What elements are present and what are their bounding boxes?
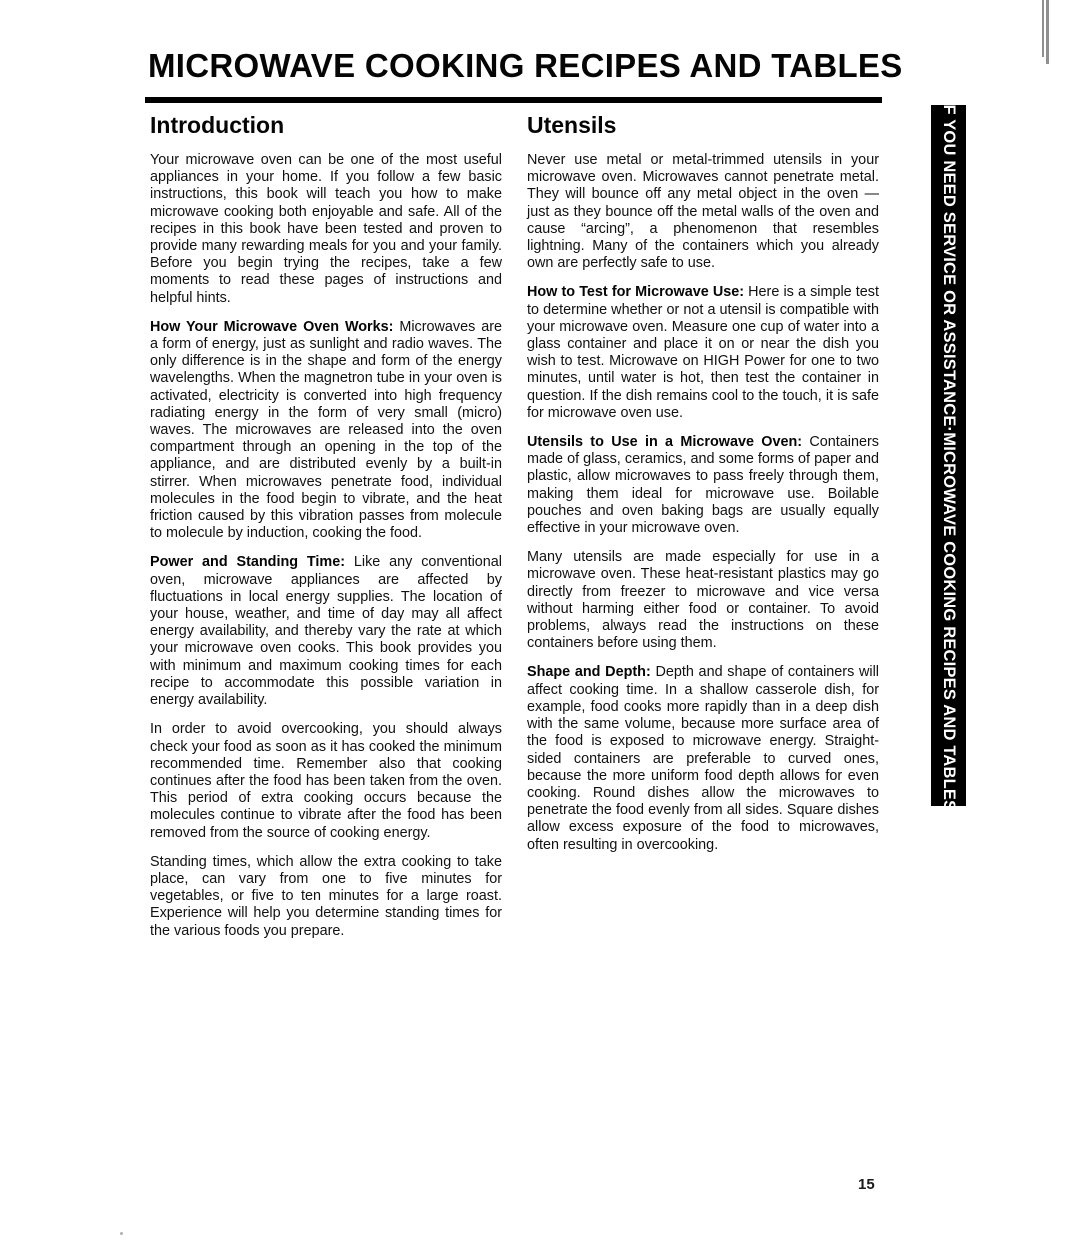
paragraph-lead: Utensils to Use in a Microwave Oven: <box>527 434 809 450</box>
edge-index-tab-label: IF YOU NEED SERVICE OR ASSISTANCE·MICROW… <box>931 105 966 806</box>
paragraph: Utensils to Use in a Microwave Oven: Con… <box>527 434 879 537</box>
page-title: MICROWAVE COOKING RECIPES AND TABLES <box>148 47 903 85</box>
paragraph-lead: How Your Microwave Oven Works: <box>150 319 399 335</box>
paragraph-lead: How to Test for Microwave Use: <box>527 284 748 300</box>
paragraph: Your microwave oven can be one of the mo… <box>150 152 502 307</box>
paragraph: Power and Standing Time: Like any conven… <box>150 554 502 709</box>
edge-index-tab: IF YOU NEED SERVICE OR ASSISTANCE·MICROW… <box>931 105 966 806</box>
section-heading-introduction: Introduction <box>150 112 502 139</box>
paragraph-lead: Power and Standing Time: <box>150 554 354 570</box>
page-number: 15 <box>858 1176 875 1193</box>
paragraph: Standing times, which allow the extra co… <box>150 854 502 940</box>
manual-page: MICROWAVE COOKING RECIPES AND TABLES Int… <box>0 0 1080 1241</box>
scan-artifact-line <box>1046 0 1049 64</box>
right-column: Utensils Never use metal or metal-trimme… <box>527 112 879 866</box>
paragraph: Never use metal or metal-trimmed utensil… <box>527 152 879 272</box>
paragraph-lead: Shape and Depth: <box>527 664 655 680</box>
utensils-paragraphs: Never use metal or metal-trimmed utensil… <box>527 152 879 854</box>
introduction-paragraphs: Your microwave oven can be one of the mo… <box>150 152 502 940</box>
scan-artifact-dot <box>120 1232 123 1235</box>
paragraph: Many utensils are made especially for us… <box>527 549 879 652</box>
paragraph: How Your Microwave Oven Works: Microwave… <box>150 319 502 543</box>
section-heading-utensils: Utensils <box>527 112 879 139</box>
paragraph: Shape and Depth: Depth and shape of cont… <box>527 664 879 853</box>
scan-artifact-line <box>1042 0 1044 57</box>
left-column: Introduction Your microwave oven can be … <box>150 112 502 952</box>
paragraph: How to Test for Microwave Use: Here is a… <box>527 284 879 422</box>
paragraph: In order to avoid overcooking, you shoul… <box>150 721 502 841</box>
title-underline-rule <box>145 97 882 103</box>
